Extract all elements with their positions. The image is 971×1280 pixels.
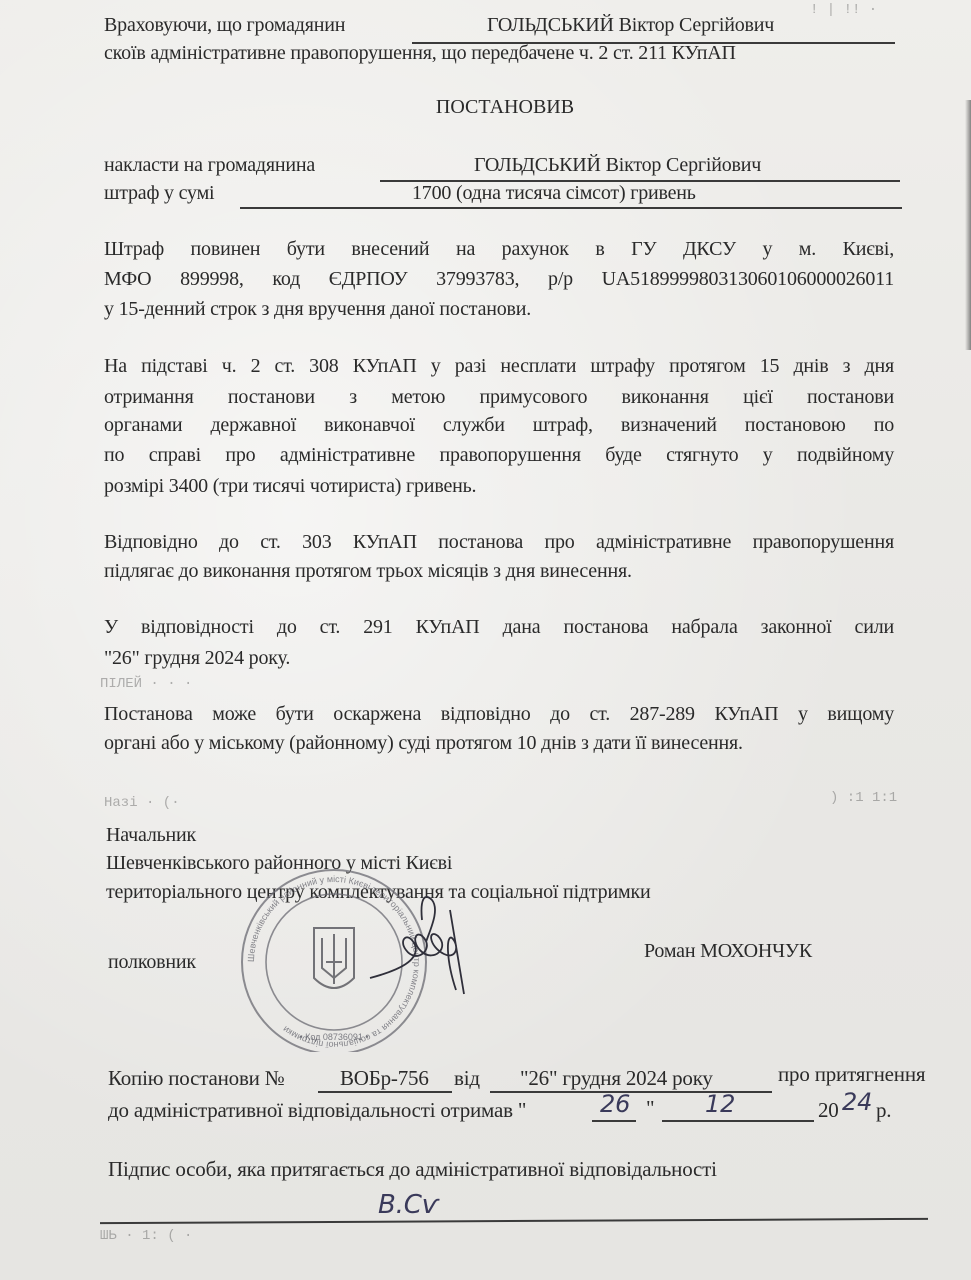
scanned-document-page: ! | !! · ПІЛЕЙ · · · Назі · (· ) :1 1:1 …: [0, 0, 971, 1280]
commander-signature: [360, 890, 480, 1000]
receipt-from-label: від: [454, 1066, 480, 1091]
bleed-through-mark: ! | !! ·: [810, 2, 877, 18]
nonpayment-paragraph-line: На підставі ч. 2 ст. 308 КУпАП у разі не…: [104, 355, 894, 378]
nonpayment-paragraph-line: отримання постанови з метою примусового …: [104, 386, 894, 409]
signatory-name: Роман МОХОНЧУК: [644, 940, 812, 963]
payment-paragraph-line: МФО 899998, код ЄДРПОУ 37993783, р/р UA5…: [104, 268, 894, 291]
received-month-underline: [662, 1120, 814, 1122]
appeal-paragraph-line: органі або у міському (районному) суді п…: [104, 732, 894, 755]
received-year-handwritten: 24: [842, 1088, 872, 1116]
intro-citizen-label: Враховуючи, що громадянин: [104, 14, 345, 37]
received-year-suffix: р.: [876, 1098, 891, 1123]
received-month-handwritten: 12: [705, 1090, 735, 1118]
bleed-through-mark: ) :1 1:1: [830, 790, 897, 806]
person-signature-handwritten: В.Сѵ: [378, 1190, 439, 1220]
signatory-position: Начальник: [106, 824, 196, 847]
penalty-fine-amount: 1700 (одна тисяча сімсот) гривень: [412, 182, 696, 205]
received-day-underline: [592, 1120, 636, 1122]
execution-paragraph-line: підлягає до виконання протягом трьох міс…: [104, 560, 894, 583]
signatory-rank: полковник: [108, 951, 196, 974]
trident-coat-of-arms-icon: [314, 928, 354, 988]
decision-number-underline: [318, 1091, 452, 1093]
nonpayment-paragraph-line: по справі про адміністративне правопоруш…: [104, 444, 894, 467]
receipt-decision-number: ВОБр-756: [340, 1066, 429, 1091]
received-day-handwritten: 26: [600, 1090, 630, 1118]
penalty-citizen-name: ГОЛЬДСЬКИЙ Віктор Сергійович: [474, 154, 761, 177]
intro-offense-line: скоїв адміністративне правопорушення, що…: [104, 42, 736, 65]
person-signature-line: [100, 1218, 928, 1224]
receipt-received-label: до адміністративної відповідальності отр…: [108, 1098, 526, 1123]
effect-paragraph-line: "26" грудня 2024 року.: [104, 647, 894, 670]
receipt-about-label: про притягнення: [778, 1062, 925, 1087]
receipt-copy-label: Копію постанови №: [108, 1066, 285, 1091]
payment-paragraph-line: Штраф повинен бути внесений на рахунок в…: [104, 238, 894, 261]
nonpayment-paragraph-line: органами державної виконавчої служби штр…: [104, 414, 894, 437]
penalty-amount-underline: [240, 207, 902, 209]
appeal-paragraph-line: Постанова може бути оскаржена відповідно…: [104, 703, 894, 726]
penalty-impose-label: накласти на громадянина: [104, 154, 315, 177]
nonpayment-paragraph-line: розмірі 3400 (три тисячі чотириста) грив…: [104, 475, 894, 498]
received-year-prefix: 20: [818, 1098, 839, 1123]
payment-paragraph-line: у 15-денний строк з дня вручення даної п…: [104, 298, 894, 321]
penalty-fine-label: штраф у сумі: [104, 182, 214, 205]
person-signature-label: Підпис особи, яка притягається до адміні…: [108, 1157, 717, 1182]
bleed-through-mark: ПІЛЕЙ · · ·: [100, 676, 192, 692]
receipt-decision-date: "26" грудня 2024 року: [520, 1066, 713, 1091]
bleed-through-mark: Назі · (·: [104, 795, 180, 811]
bleed-through-mark: ШЬ · 1: ( ·: [100, 1228, 192, 1244]
received-quote-close: ": [646, 1096, 654, 1121]
page-edge-shadow: [965, 100, 971, 350]
decision-title: ПОСТАНОВИВ: [0, 96, 971, 119]
effect-paragraph-line: У відповідності до ст. 291 КУпАП дана по…: [104, 616, 894, 639]
execution-paragraph-line: Відповідно до ст. 303 КУпАП постанова пр…: [104, 531, 894, 554]
intro-citizen-name: ГОЛЬДСЬКИЙ Віктор Сергійович: [487, 14, 774, 37]
stamp-code: • Код 08736091 •: [299, 1032, 368, 1042]
